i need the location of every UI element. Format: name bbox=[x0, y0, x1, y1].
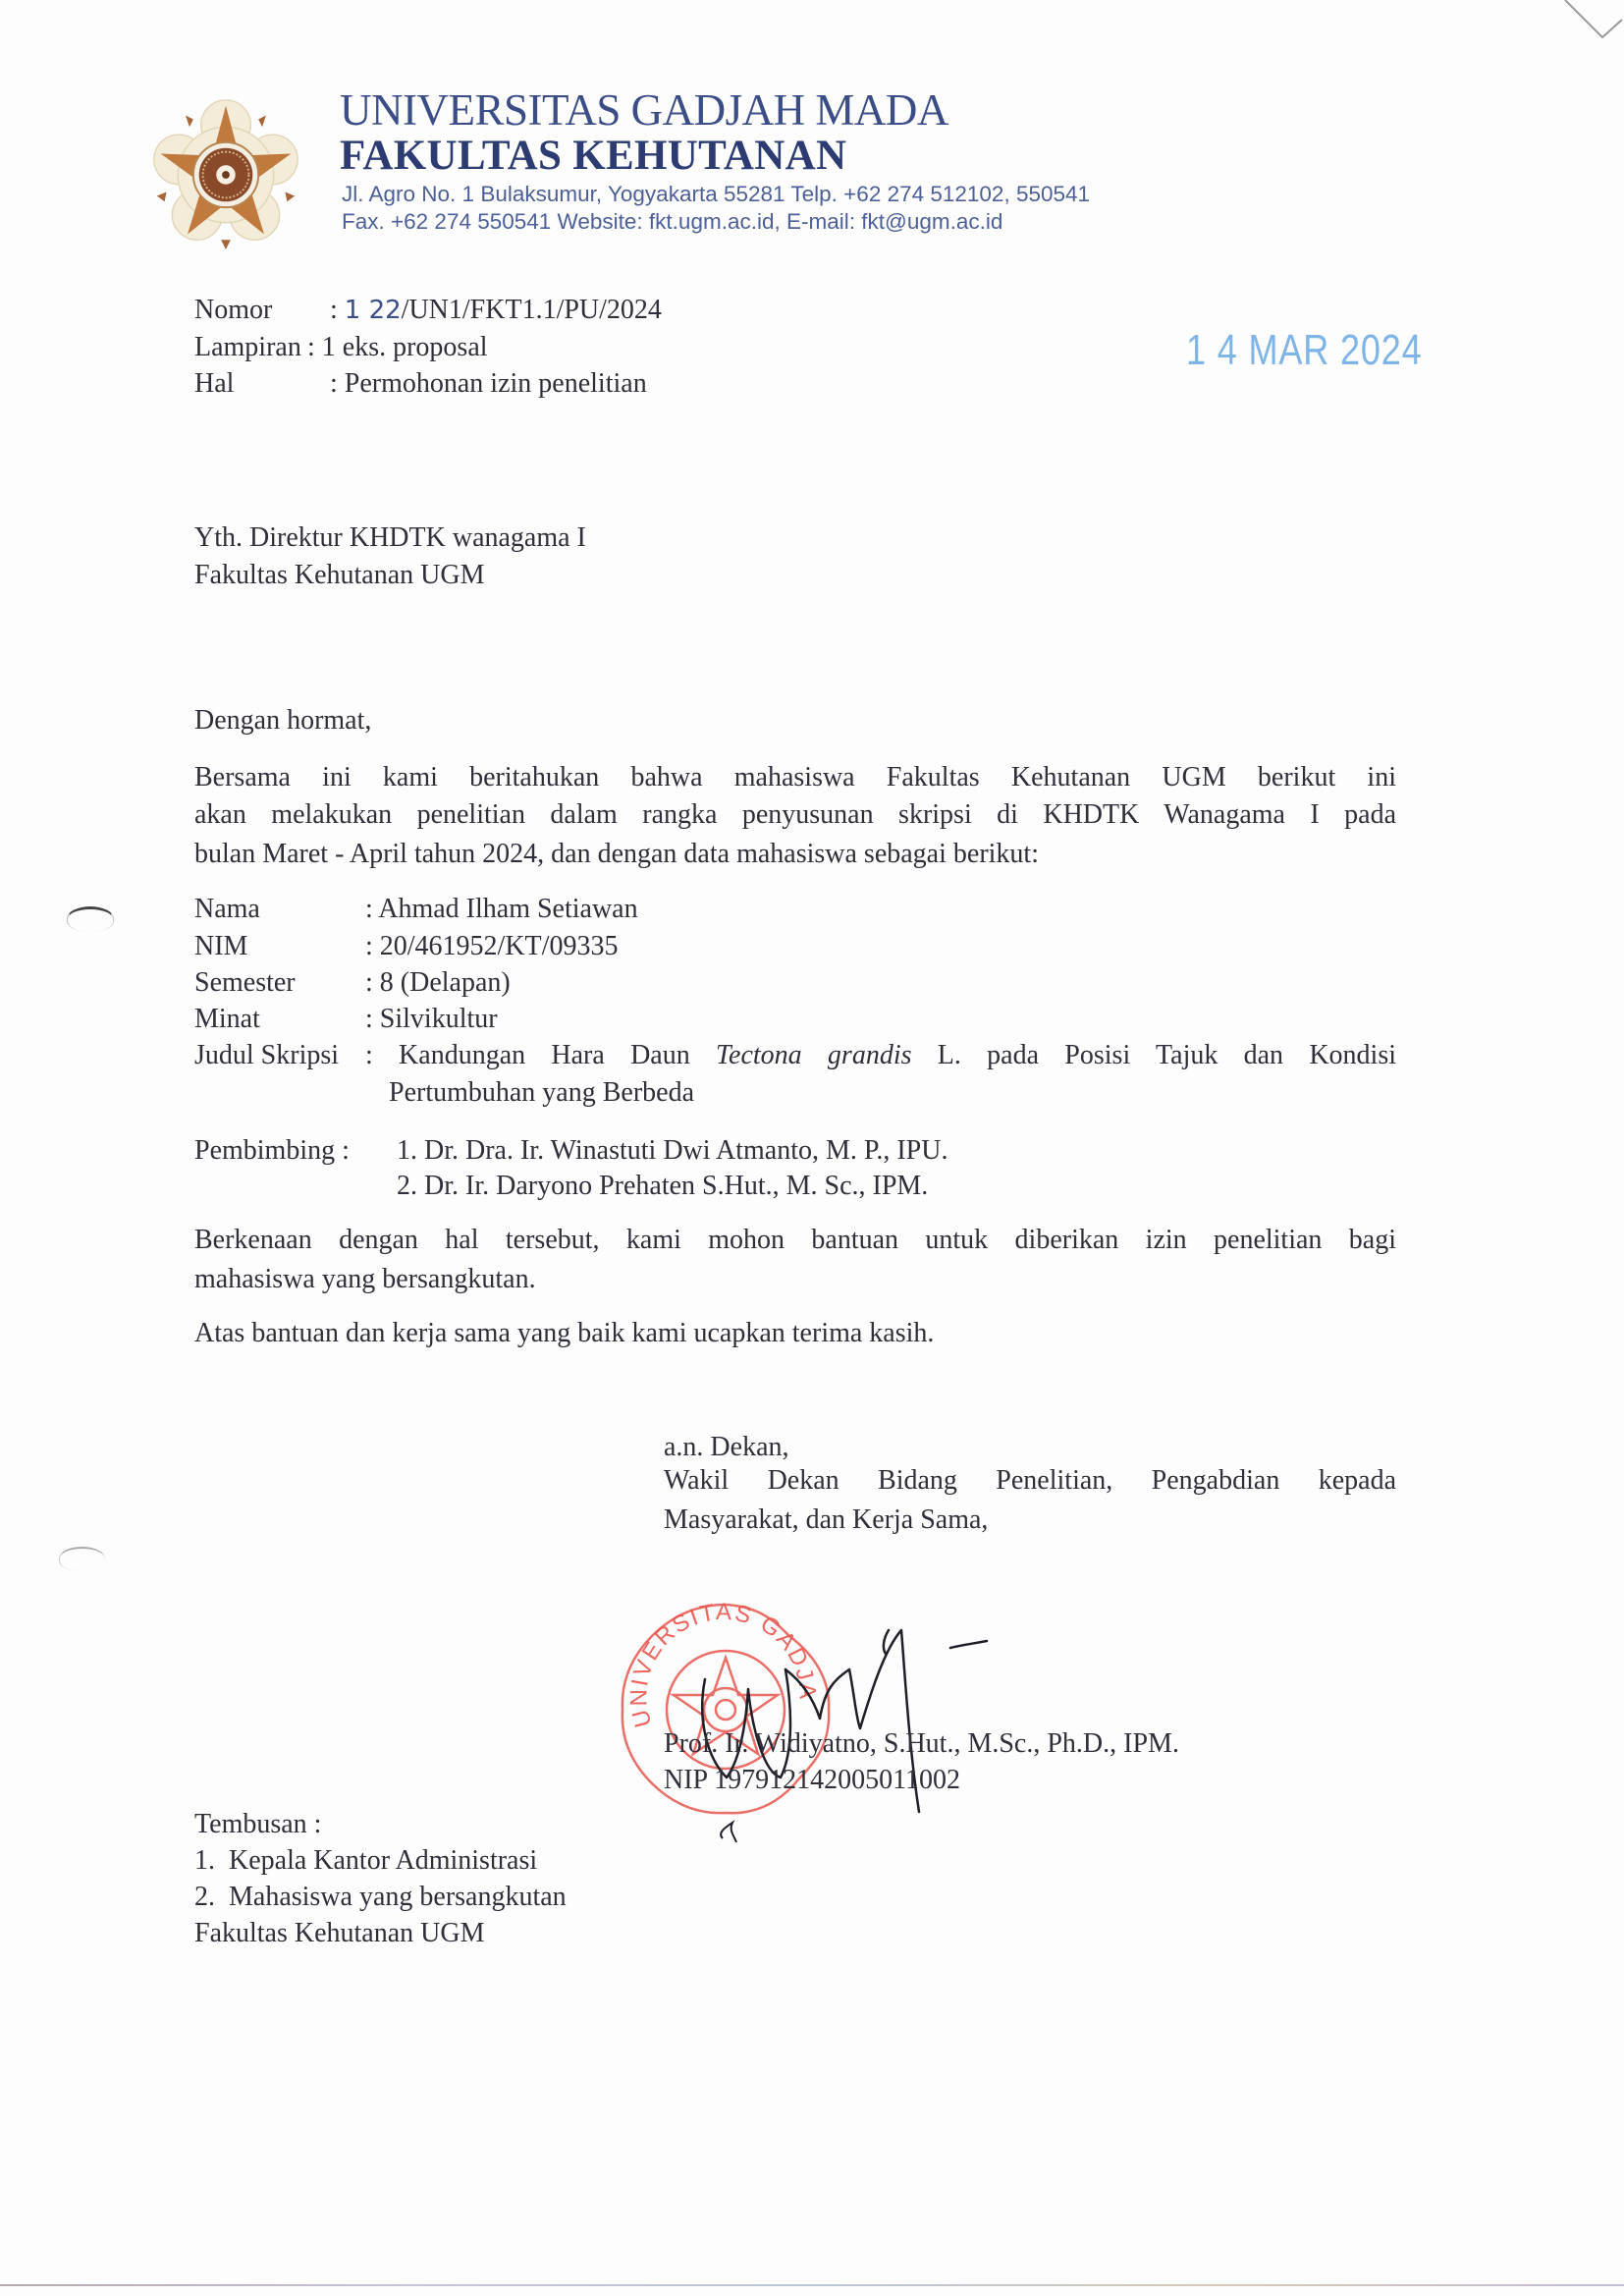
judul-label: Judul Skripsi bbox=[194, 1038, 339, 1073]
nomor-reference: /UN1/FKT1.1/PU/2024 bbox=[402, 295, 662, 325]
on-behalf-label: a.n. Dekan, bbox=[664, 1430, 789, 1465]
closing-line: Atas bantuan dan kerja sama yang baik ka… bbox=[194, 1316, 934, 1351]
pembimbing-label: Pembimbing : bbox=[194, 1133, 350, 1169]
faculty-name: FAKULTAS KEHUTANAN bbox=[340, 132, 846, 181]
hal-label: Hal bbox=[194, 366, 234, 402]
signatory-position: Wakil Dekan Bidang Penelitian, Pengabdia… bbox=[664, 1463, 1396, 1499]
folded-corner bbox=[1555, 0, 1624, 59]
minat-value: : Silvikultur bbox=[365, 1002, 498, 1037]
address-line: Jl. Agro No. 1 Bulaksumur, Yogyakarta 55… bbox=[342, 181, 1090, 208]
signatory-name: Prof. Ir. Widiyatno, S.Hut., M.Sc., Ph.D… bbox=[664, 1726, 1179, 1762]
nim-value: : 20/461952/KT/09335 bbox=[365, 929, 618, 964]
minat-label: Minat bbox=[194, 1002, 260, 1037]
advisor-item: 2. Dr. Ir. Daryono Prehaten S.Hut., M. S… bbox=[397, 1169, 928, 1204]
recipient-line: Fakultas Kehutanan UGM bbox=[194, 558, 485, 593]
ugm-emblem-icon bbox=[149, 96, 302, 253]
signatory-nip: NIP 197912142005011002 bbox=[664, 1763, 960, 1798]
cc-footer: Fakultas Kehutanan UGM bbox=[194, 1916, 485, 1951]
signatory-position: Masyarakat, dan Kerja Sama, bbox=[664, 1503, 988, 1538]
punch-hole-mark bbox=[59, 1547, 105, 1570]
punch-hole-mark bbox=[67, 906, 114, 931]
advisor-item: 1. Dr. Dra. Ir. Winastuti Dwi Atmanto, M… bbox=[397, 1133, 947, 1169]
species-name: Tectona grandis bbox=[716, 1040, 912, 1070]
cc-title: Tembusan : bbox=[194, 1807, 321, 1842]
semester-value: : 8 (Delapan) bbox=[365, 965, 511, 1001]
request-paragraph-line: mahasiswa yang bersangkutan. bbox=[194, 1262, 1396, 1297]
date-stamp: 1 4 MAR 2024 bbox=[1186, 324, 1422, 377]
nomor-value: : 1 22/UN1/FKT1.1/PU/2024 bbox=[330, 293, 662, 328]
nim-label: NIM bbox=[194, 929, 247, 964]
cc-item: 2. Mahasiswa yang bersangkutan bbox=[194, 1880, 567, 1915]
judul-value-continued: Pertumbuhan yang Berbeda bbox=[389, 1075, 694, 1111]
hal-value: : Permohonan izin penelitian bbox=[330, 366, 647, 402]
intro-paragraph-line: akan melakukan penelitian dalam rangka p… bbox=[194, 797, 1396, 833]
judul-text: : Kandungan Hara Daun bbox=[365, 1040, 716, 1070]
intro-paragraph-line: bulan Maret - April tahun 2024, dan deng… bbox=[194, 837, 1396, 872]
nama-label: Nama bbox=[194, 892, 260, 927]
lampiran-label: Lampiran bbox=[194, 330, 301, 365]
contact-line: Fax. +62 274 550541 Website: fkt.ugm.ac.… bbox=[342, 208, 1002, 236]
judul-value: : Kandungan Hara Daun Tectona grandis L.… bbox=[365, 1038, 1396, 1073]
nomor-handwritten-number: 1 22 bbox=[345, 296, 402, 325]
semester-label: Semester bbox=[194, 965, 296, 1001]
greeting: Dengan hormat, bbox=[194, 703, 371, 738]
scan-edge-line bbox=[0, 2284, 1624, 2286]
recipient-line: Yth. Direktur KHDTK wanagama I bbox=[194, 520, 586, 556]
university-name: UNIVERSITAS GADJAH MADA bbox=[340, 84, 948, 136]
nomor-colon: : bbox=[330, 295, 338, 325]
judul-text: L. pada Posisi Tajuk dan Kondisi bbox=[912, 1040, 1397, 1070]
lampiran-value: : 1 eks. proposal bbox=[307, 330, 488, 365]
request-paragraph-line: Berkenaan dengan hal tersebut, kami moho… bbox=[194, 1223, 1396, 1258]
intro-paragraph-line: Bersama ini kami beritahukan bahwa mahas… bbox=[194, 760, 1396, 795]
nomor-label: Nomor bbox=[194, 293, 272, 328]
cc-item: 1. Kepala Kantor Administrasi bbox=[194, 1843, 537, 1879]
nama-value: : Ahmad Ilham Setiawan bbox=[365, 892, 638, 927]
